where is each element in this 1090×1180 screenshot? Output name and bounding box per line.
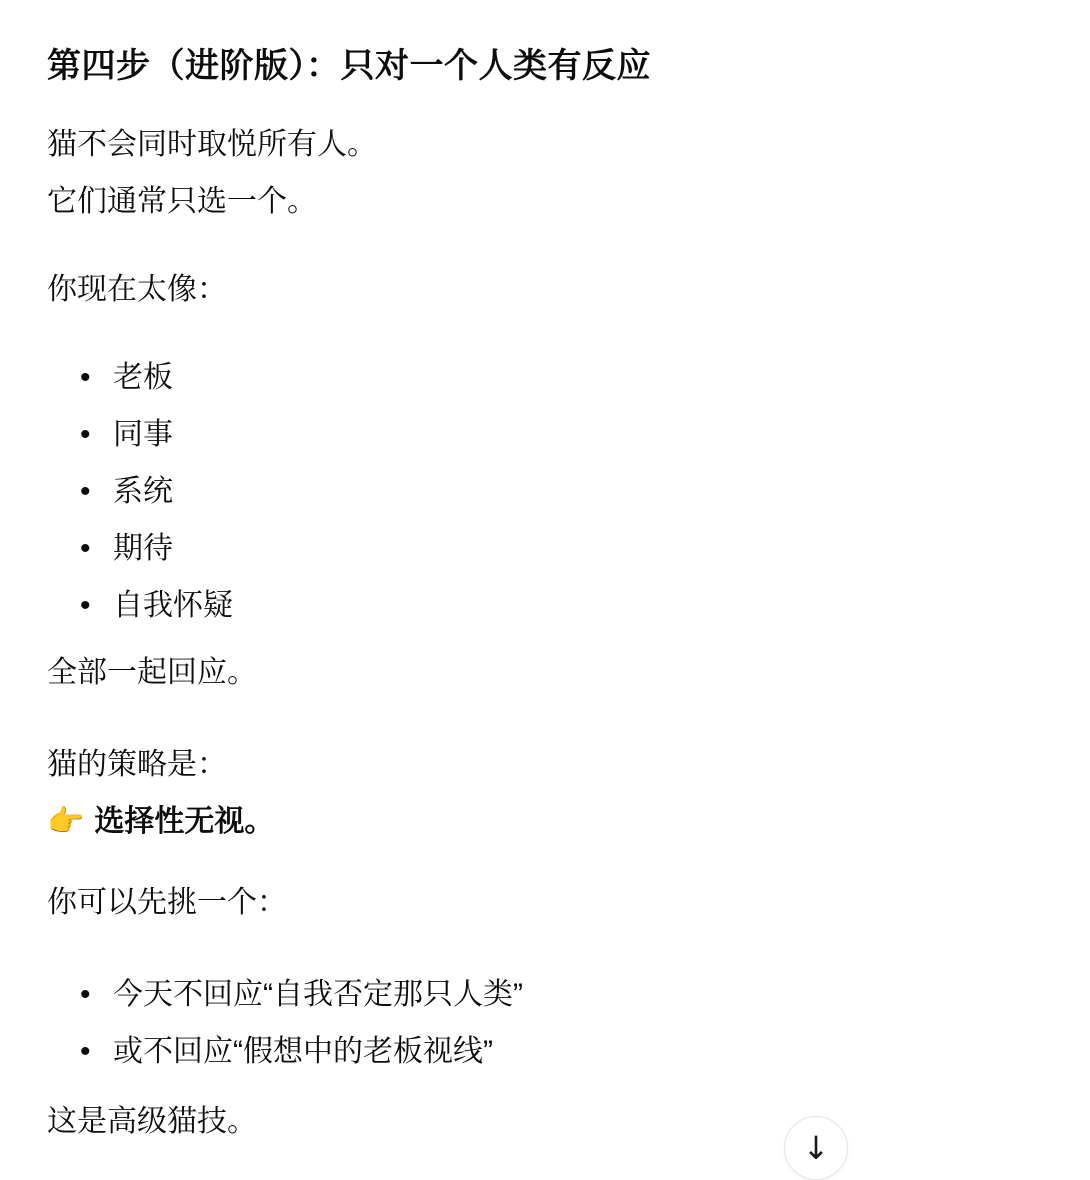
- down-arrow-icon: ↓: [803, 1132, 830, 1164]
- list-item: 期待: [113, 520, 1043, 577]
- strategy-label: 猫的策略是：: [47, 736, 1043, 793]
- pointing-right-emoji: 👉: [47, 805, 84, 838]
- list-item: 或不回应“假想中的老板视线”: [113, 1023, 1043, 1080]
- roles-list: 老板 同事 系统 期待 自我怀疑: [47, 349, 1043, 634]
- message-body: 第四步（进阶版）：只对一个人类有反应 猫不会同时取悦所有人。 它们通常只选一个。…: [0, 44, 1090, 1150]
- strategy-emphasis: 选择性无视。: [94, 805, 274, 838]
- list-item: 今天不回应“自我否定那只人类”: [113, 966, 1043, 1023]
- list-item: 老板: [113, 349, 1043, 406]
- pick-list: 今天不回应“自我否定那只人类” 或不回应“假想中的老板视线”: [47, 966, 1043, 1080]
- section-heading: 第四步（进阶版）：只对一个人类有反应: [47, 44, 1043, 88]
- strategy-paragraph: 猫的策略是： 👉选择性无视。: [47, 736, 1043, 850]
- scroll-to-bottom-button[interactable]: ↓: [784, 1116, 848, 1180]
- intro-paragraph: 猫不会同时取悦所有人。 它们通常只选一个。: [47, 116, 1043, 230]
- pick-one-label: 你可以先挑一个：: [47, 874, 1043, 931]
- list-item: 自我怀疑: [113, 577, 1043, 634]
- list-item: 系统: [113, 463, 1043, 520]
- closing-paragraph: 这是高级猫技。: [47, 1093, 1043, 1150]
- intro-line-2: 它们通常只选一个。: [47, 173, 1043, 230]
- strategy-line: 👉选择性无视。: [47, 793, 1043, 850]
- too-like-label: 你现在太像：: [47, 261, 1043, 318]
- respond-all-paragraph: 全部一起回应。: [47, 644, 1043, 701]
- intro-line-1: 猫不会同时取悦所有人。: [47, 116, 1043, 173]
- list-item: 同事: [113, 406, 1043, 463]
